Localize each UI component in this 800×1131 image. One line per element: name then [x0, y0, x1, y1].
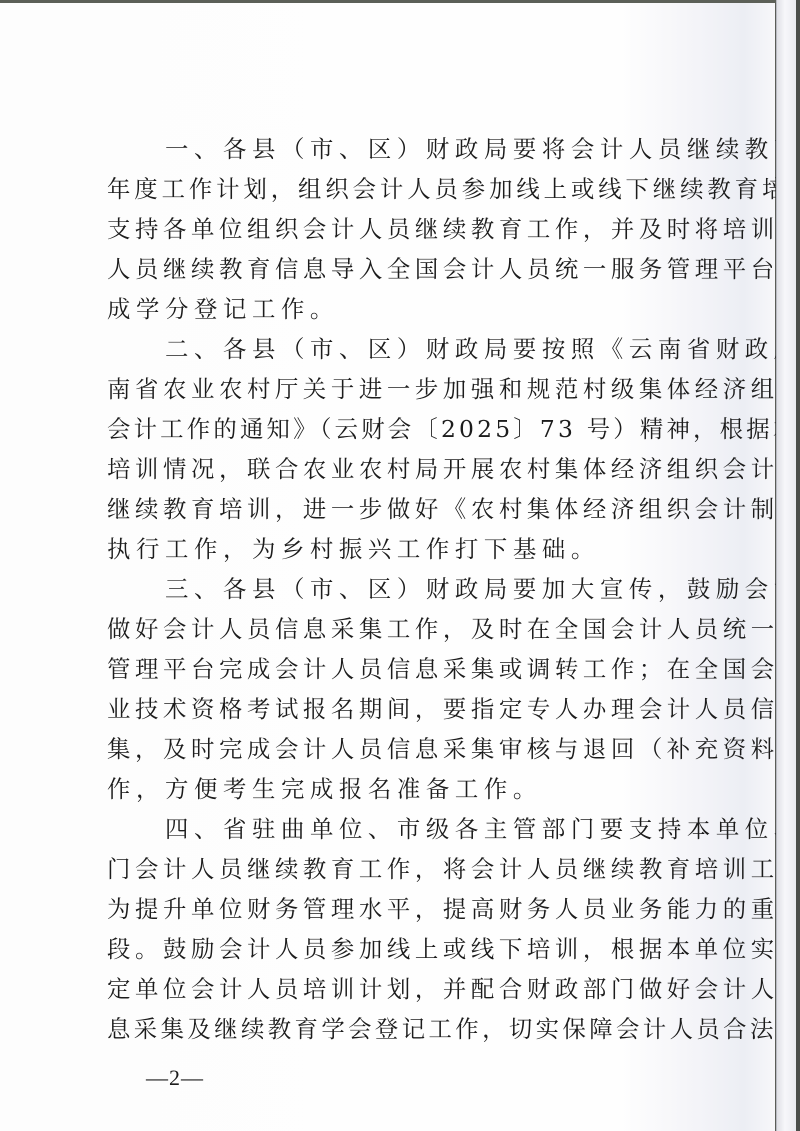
page-number: —2—	[146, 1065, 204, 1091]
text-line: 段。鼓励会计人员参加线上或线下培训，根据本单位实际制	[107, 929, 677, 969]
text-line: 二、各县（市、区）财政局要按照《云南省财政厅 云	[107, 329, 677, 369]
text-line: 管理平台完成会计人员信息采集或调转工作；在全国会计专	[107, 649, 677, 689]
text-line: 成学分登记工作。	[107, 289, 677, 329]
text-line: 为提升单位财务管理水平，提高财务人员业务能力的重要手	[107, 889, 677, 929]
scan-right-edge	[796, 0, 800, 1131]
text-line: 一、各县（市、区）财政局要将会计人员继续教育列入	[107, 129, 677, 169]
text-line: 息采集及继续教育学会登记工作，切实保障会计人员合法权利。	[107, 1009, 677, 1049]
text-line: 人员继续教育信息导入全国会计人员统一服务管理平台，完	[107, 249, 677, 289]
text-line: 作，方便考生完成报名准备工作。	[107, 769, 677, 809]
text-line: 会计工作的通知》（云财会〔2025〕73 号）精神，根据本地	[107, 409, 677, 449]
text-line: 继续教育培训，进一步做好《农村集体经济组织会计制度》	[107, 489, 677, 529]
text-line: 年度工作计划，组织会计人员参加线上或线下继续教育培训，	[107, 169, 677, 209]
paragraph-item-1: 一、各县（市、区）财政局要将会计人员继续教育列入 年度工作计划，组织会计人员参加…	[107, 129, 677, 329]
document-body: 一、各县（市、区）财政局要将会计人员继续教育列入 年度工作计划，组织会计人员参加…	[107, 129, 677, 1049]
text-line: 南省农业农村厅关于进一步加强和规范村级集体经济组织	[107, 369, 677, 409]
text-line: 门会计人员继续教育工作，将会计人员继续教育培训工作做	[107, 849, 677, 889]
text-line: 三、各县（市、区）财政局要加大宣传，鼓励会计人员	[107, 569, 677, 609]
text-line: 支持各单位组织会计人员继续教育工作，并及时将培训完成	[107, 209, 677, 249]
paragraph-item-2: 二、各县（市、区）财政局要按照《云南省财政厅 云 南省农业农村厅关于进一步加强和…	[107, 329, 677, 569]
text-line: 集，及时完成会计人员信息采集审核与退回（补充资料）工	[107, 729, 677, 769]
text-line: 四、省驻曲单位、市级各主管部门要支持本单位、本部	[107, 809, 677, 849]
document-page: 一、各县（市、区）财政局要将会计人员继续教育列入 年度工作计划，组织会计人员参加…	[0, 3, 775, 1131]
text-line: 定单位会计人员培训计划，并配合财政部门做好会计人员信	[107, 969, 677, 1009]
text-line: 业技术资格考试报名期间，要指定专人办理会计人员信息采	[107, 689, 677, 729]
text-line: 培训情况，联合农业农村局开展农村集体经济组织会计人员	[107, 449, 677, 489]
text-line: 执行工作，为乡村振兴工作打下基础。	[107, 529, 677, 569]
text-line: 做好会计人员信息采集工作，及时在全国会计人员统一服务	[107, 609, 677, 649]
paragraph-item-3: 三、各县（市、区）财政局要加大宣传，鼓励会计人员 做好会计人员信息采集工作，及时…	[107, 569, 677, 809]
paragraph-item-4: 四、省驻曲单位、市级各主管部门要支持本单位、本部 门会计人员继续教育工作，将会计…	[107, 809, 677, 1049]
scan-page-fold	[776, 0, 797, 1131]
